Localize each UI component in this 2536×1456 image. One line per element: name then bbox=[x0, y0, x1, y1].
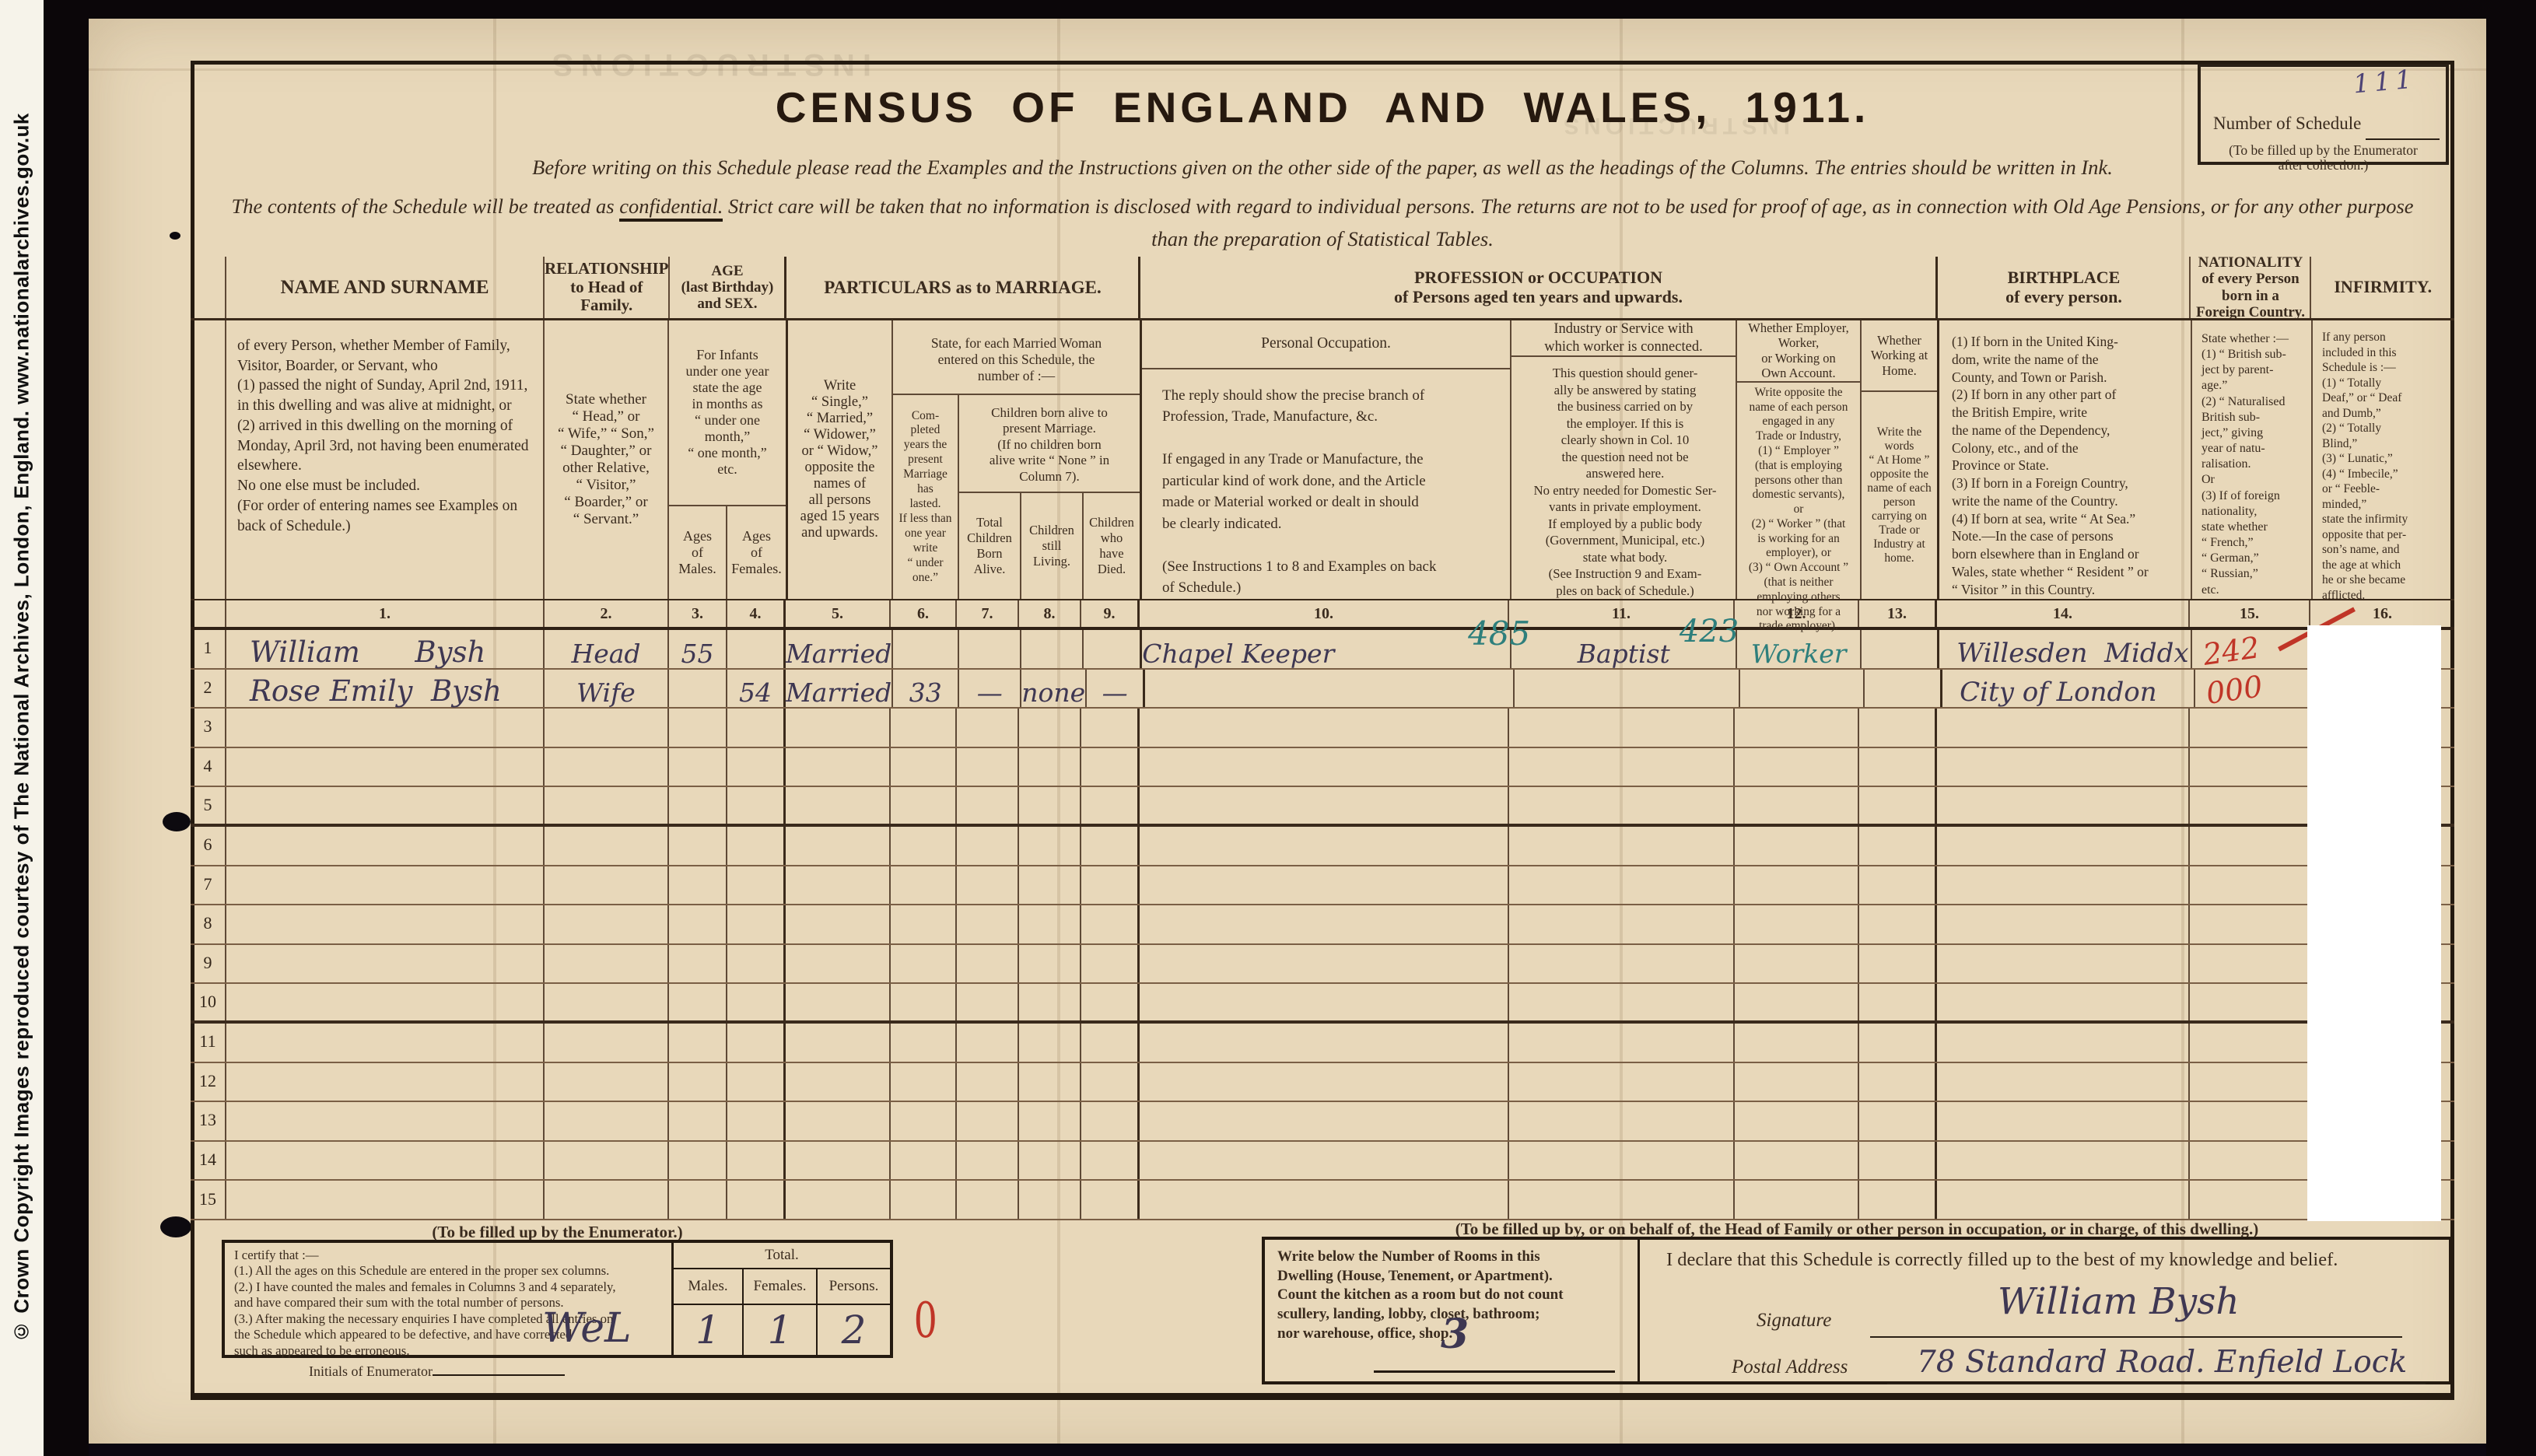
desc-industry: Industry or Service with which worker is… bbox=[1511, 320, 1737, 599]
cell-mark bbox=[2190, 984, 2310, 1020]
cell-emp bbox=[1735, 1102, 1859, 1140]
red-check-mark: 0 bbox=[914, 1293, 937, 1349]
cell-rel bbox=[545, 984, 669, 1020]
page-title: CENSUS OF ENGLAND AND WALES, 1911. bbox=[191, 82, 2454, 132]
totals-col-females: Females. bbox=[744, 1269, 818, 1304]
cell-birth: City of London bbox=[1942, 670, 2195, 708]
postal-address-line bbox=[1887, 1383, 2426, 1384]
desc-nationality: State whether :— (1) “ British sub- ject… bbox=[2192, 320, 2313, 599]
cell-ind bbox=[1509, 787, 1735, 824]
cell-name bbox=[226, 1102, 545, 1140]
cell-born bbox=[957, 709, 1019, 747]
cell-died bbox=[1081, 1063, 1140, 1101]
header-col-profession: PROFESSION or OCCUPATION of Persons aged… bbox=[1140, 257, 1938, 318]
initials-label: Initials of Enumerator bbox=[309, 1363, 433, 1379]
cell-died: — bbox=[1087, 670, 1145, 708]
cell-birth bbox=[1937, 748, 2190, 786]
cell-num: 13 bbox=[191, 1102, 226, 1140]
cell-age_f bbox=[727, 827, 786, 865]
column-number: 14. bbox=[1937, 600, 2190, 627]
cell-age_f: 54 bbox=[727, 670, 786, 708]
cell-birth bbox=[1937, 1181, 2190, 1219]
cell-num: 14 bbox=[191, 1142, 226, 1180]
cell-num: 10 bbox=[191, 984, 226, 1020]
cell-living bbox=[1019, 709, 1081, 747]
cell-occ bbox=[1140, 984, 1509, 1020]
cell-occ bbox=[1140, 1102, 1509, 1140]
cell-living bbox=[1019, 1102, 1081, 1140]
column-number: 15. bbox=[2190, 600, 2310, 627]
cell-mar: Married bbox=[786, 670, 893, 708]
cell-mar bbox=[786, 905, 891, 943]
instruction-line-3: than the preparation of Statistical Tabl… bbox=[191, 227, 2454, 251]
cell-living: none bbox=[1021, 670, 1087, 708]
cell-age_m bbox=[669, 827, 727, 865]
desc-infirmity: If any person included in this Schedule … bbox=[2313, 320, 2454, 599]
desc-married-woman: State, for each Married Woman entered on… bbox=[893, 320, 1140, 395]
cell-died bbox=[1081, 866, 1140, 905]
cell-name: Rose Emily Bysh bbox=[226, 670, 545, 708]
cell-home bbox=[1859, 827, 1937, 865]
cell-age_m bbox=[669, 1102, 727, 1140]
cell-living bbox=[1019, 866, 1081, 905]
cell-age_m bbox=[669, 1063, 727, 1101]
cell-died bbox=[1081, 984, 1140, 1020]
desc-home-label: Whether Working at Home. bbox=[1862, 320, 1937, 392]
cell-occ bbox=[1140, 1142, 1509, 1180]
cell-emp bbox=[1735, 1142, 1859, 1180]
cell-born bbox=[957, 1181, 1019, 1219]
cell-mar bbox=[786, 984, 891, 1020]
initials-row: Initials of Enumerator bbox=[309, 1363, 664, 1381]
cell-mar bbox=[786, 1024, 891, 1062]
cell-living bbox=[1019, 905, 1081, 943]
cell-age_f bbox=[727, 709, 786, 747]
cell-mark bbox=[2190, 1024, 2310, 1062]
cell-ind bbox=[1509, 1102, 1735, 1140]
cell-rel bbox=[545, 1063, 669, 1101]
cell-born bbox=[957, 984, 1019, 1020]
cell-years bbox=[891, 787, 957, 824]
cell-num: 7 bbox=[191, 866, 226, 905]
cell-ind bbox=[1509, 866, 1735, 905]
desc-home-body: Write the words “ At Home ” opposite the… bbox=[1862, 392, 1937, 599]
cell-num: 4 bbox=[191, 748, 226, 786]
cell-occ bbox=[1140, 709, 1509, 747]
desc-rownum-spacer bbox=[191, 320, 226, 599]
cell-name bbox=[226, 709, 545, 747]
cell-emp bbox=[1735, 748, 1859, 786]
desc-relationship: State whether “ Head,” or “ Wife,” “ Son… bbox=[545, 320, 669, 599]
cell-age_m bbox=[669, 709, 727, 747]
cell-died bbox=[1081, 787, 1140, 824]
column-number: 5. bbox=[786, 600, 891, 627]
cell-name bbox=[226, 1181, 545, 1219]
cell-emp bbox=[1735, 866, 1859, 905]
cell-birth bbox=[1937, 827, 2190, 865]
cell-home bbox=[1859, 1063, 1937, 1101]
cell-occ bbox=[1140, 905, 1509, 943]
cell-birth bbox=[1937, 984, 2190, 1020]
cell-birth: Willesden Middx bbox=[1939, 630, 2192, 668]
rooms-instruction: Write below the Number of Rooms in this … bbox=[1265, 1240, 1640, 1381]
cell-age_f bbox=[727, 984, 786, 1020]
cell-home bbox=[1859, 1024, 1937, 1062]
copyright-text: © Crown Copyright Images reproduced cour… bbox=[10, 113, 34, 1343]
cell-emp bbox=[1735, 1181, 1859, 1219]
header-rownum-spacer bbox=[191, 257, 226, 318]
cell-rel: Wife bbox=[545, 670, 669, 708]
cell-emp bbox=[1735, 1024, 1859, 1062]
cell-age_f bbox=[727, 1063, 786, 1101]
cell-home bbox=[1859, 787, 1937, 824]
column-number: 3. bbox=[669, 600, 727, 627]
cell-ind bbox=[1509, 1181, 1735, 1219]
instruction-line-1: Before writing on this Schedule please r… bbox=[191, 156, 2454, 180]
cell-ind: Baptist423 bbox=[1511, 630, 1737, 668]
header-col-relationship: RELATIONSHIP to Head of Family. bbox=[545, 257, 670, 318]
cell-mar bbox=[786, 1063, 891, 1101]
table-rows: 1William ByshHead55MarriedChapel Keeper4… bbox=[191, 630, 2454, 1220]
cell-age_m bbox=[669, 787, 727, 824]
cell-occ bbox=[1140, 1181, 1509, 1219]
cell-mar bbox=[786, 866, 891, 905]
cell-occ bbox=[1140, 945, 1509, 983]
cell-age_m bbox=[669, 748, 727, 786]
column-number: 8. bbox=[1019, 600, 1081, 627]
column-number: 12. bbox=[1735, 600, 1859, 627]
column-number: 13. bbox=[1859, 600, 1937, 627]
header-col-birthplace: BIRTHPLACE of every person. bbox=[1938, 257, 2191, 318]
cell-occ bbox=[1140, 866, 1509, 905]
cell-num: 11 bbox=[191, 1024, 226, 1062]
cell-name: William Bysh bbox=[226, 630, 545, 668]
cell-name bbox=[226, 905, 545, 943]
paper-bottom-edge bbox=[89, 1444, 2486, 1456]
table-row: 4 bbox=[191, 748, 2454, 788]
table-header-groups: NAME AND SURNAME RELATIONSHIP to Head of… bbox=[191, 257, 2454, 320]
initials-line bbox=[433, 1374, 565, 1376]
cell-born bbox=[957, 1063, 1019, 1101]
cell-rel bbox=[545, 905, 669, 943]
cell-died bbox=[1081, 1181, 1140, 1219]
cell-home bbox=[1859, 709, 1937, 747]
table-row: 14 bbox=[191, 1142, 2454, 1181]
cell-ind bbox=[1509, 1024, 1735, 1062]
cell-mar bbox=[786, 1102, 891, 1140]
cell-died bbox=[1081, 1142, 1140, 1180]
cell-age_f bbox=[727, 787, 786, 824]
cell-age_m bbox=[669, 866, 727, 905]
cell-name bbox=[226, 984, 545, 1020]
column-number: 4. bbox=[727, 600, 786, 627]
cell-mark bbox=[2190, 787, 2310, 824]
cell-age_f bbox=[727, 1181, 786, 1219]
cell-birth bbox=[1937, 1142, 2190, 1180]
cell-born bbox=[959, 630, 1021, 668]
punch-hole bbox=[170, 232, 180, 240]
cell-mark: 000 bbox=[2195, 670, 2316, 708]
cell-rel bbox=[545, 1181, 669, 1219]
cell-ind bbox=[1509, 748, 1735, 786]
cell-mar bbox=[786, 1181, 891, 1219]
rooms-line bbox=[1374, 1370, 1615, 1373]
coder-mark: 423 bbox=[1680, 616, 1739, 647]
cell-living bbox=[1019, 1142, 1081, 1180]
cell-rel bbox=[545, 1142, 669, 1180]
table-row: 15 bbox=[191, 1181, 2454, 1220]
schedule-number-line bbox=[2366, 138, 2440, 140]
cell-rel bbox=[545, 748, 669, 786]
desc-employer-label: Whether Employer, Worker, or Working on … bbox=[1737, 320, 1860, 383]
cell-birth bbox=[1937, 866, 2190, 905]
cell-years bbox=[891, 945, 957, 983]
cell-ind bbox=[1509, 827, 1735, 865]
cell-age_f bbox=[727, 905, 786, 943]
cell-living bbox=[1019, 787, 1081, 824]
cell-name bbox=[226, 1063, 545, 1101]
cell-living bbox=[1019, 1181, 1081, 1219]
cell-home bbox=[1859, 1142, 1937, 1180]
cell-occ bbox=[1140, 1063, 1509, 1101]
cell-rel bbox=[545, 945, 669, 983]
cell-rel: Head bbox=[545, 630, 669, 668]
punch-hole bbox=[163, 812, 191, 831]
declaration-text: I declare that this Schedule is correctl… bbox=[1666, 1249, 2449, 1271]
cell-age_f bbox=[727, 1102, 786, 1140]
cell-home bbox=[1859, 945, 1937, 983]
cell-age_m bbox=[669, 905, 727, 943]
cell-birth bbox=[1937, 1102, 2190, 1140]
cell-home bbox=[1862, 630, 1939, 668]
cell-emp bbox=[1735, 984, 1859, 1020]
table-row: 9 bbox=[191, 945, 2454, 985]
cell-age_f bbox=[727, 630, 786, 668]
cell-living bbox=[1019, 984, 1081, 1020]
copyright-strip: © Crown Copyright Images reproduced cour… bbox=[0, 0, 44, 1456]
cell-birth bbox=[1937, 1063, 2190, 1101]
desc-occupation-label: Personal Occupation. bbox=[1142, 320, 1510, 369]
redaction-patch bbox=[2307, 625, 2441, 1221]
census-1911-scan: { "page": { "copyright": "© Crown Copyri… bbox=[0, 0, 2536, 1456]
cell-age_f bbox=[727, 1142, 786, 1180]
table-row: 8 bbox=[191, 905, 2454, 945]
cell-mar bbox=[786, 945, 891, 983]
cell-died bbox=[1081, 905, 1140, 943]
cell-age_m bbox=[669, 670, 727, 708]
cell-mark bbox=[2190, 827, 2310, 865]
cell-birth bbox=[1937, 709, 2190, 747]
cell-home bbox=[1859, 905, 1937, 943]
cell-emp bbox=[1735, 1063, 1859, 1101]
cell-birth bbox=[1937, 1024, 2190, 1062]
cell-mar bbox=[786, 748, 891, 786]
declaration-area: I declare that this Schedule is correctl… bbox=[1640, 1240, 2449, 1381]
cell-num: 1 bbox=[191, 630, 226, 668]
cell-living bbox=[1019, 827, 1081, 865]
desc-occupation: Personal Occupation. The reply should sh… bbox=[1142, 320, 1511, 599]
column-number: 1. bbox=[226, 600, 545, 627]
cell-age_m bbox=[669, 984, 727, 1020]
instruction-conf-post: Strict care will be taken that no inform… bbox=[723, 194, 2413, 218]
cell-rel bbox=[545, 709, 669, 747]
cell-name bbox=[226, 1024, 545, 1062]
cell-born bbox=[957, 1102, 1019, 1140]
cell-ind bbox=[1515, 670, 1740, 708]
cell-age_m bbox=[669, 1024, 727, 1062]
desc-ages-females: Ages of Females. bbox=[727, 506, 786, 599]
signature-value: William Bysh bbox=[1998, 1283, 2240, 1320]
desc-employer-body: Write opposite the name of each person e… bbox=[1737, 383, 1860, 634]
cell-born bbox=[957, 827, 1019, 865]
table-header-descriptions: of every Person, whether Member of Famil… bbox=[191, 320, 2454, 599]
colnum-spacer bbox=[191, 600, 226, 627]
cell-num: 3 bbox=[191, 709, 226, 747]
cell-mar bbox=[786, 1142, 891, 1180]
cell-mar bbox=[786, 827, 891, 865]
cell-mark bbox=[2190, 709, 2310, 747]
cell-ind bbox=[1509, 709, 1735, 747]
cell-mar bbox=[786, 787, 891, 824]
column-number: 6. bbox=[891, 600, 957, 627]
cell-died bbox=[1081, 1102, 1140, 1140]
cell-num: 8 bbox=[191, 905, 226, 943]
cell-mark bbox=[2190, 905, 2310, 943]
certify-intro: I certify that :— bbox=[234, 1248, 664, 1263]
head-of-family-box: Write below the Number of Rooms in this … bbox=[1262, 1237, 2452, 1384]
desc-birthplace: (1) If born in the United King- dom, wri… bbox=[1939, 320, 2192, 599]
cell-born bbox=[957, 748, 1019, 786]
cell-birth bbox=[1937, 945, 2190, 983]
cell-name bbox=[226, 866, 545, 905]
postal-address-label: Postal Address bbox=[1732, 1356, 1848, 1378]
rooms-value: 3 bbox=[1441, 1314, 1469, 1355]
header-col-nationality: NATIONALITY of every Person born in a Fo… bbox=[2191, 257, 2311, 318]
cell-name bbox=[226, 827, 545, 865]
header-col-marriage: PARTICULARS as to MARRIAGE. bbox=[786, 257, 1140, 318]
instruction-line-2: The contents of the Schedule will be tre… bbox=[191, 194, 2454, 219]
signature-line bbox=[1870, 1336, 2402, 1338]
cell-born bbox=[957, 945, 1019, 983]
cell-num: 2 bbox=[191, 670, 226, 708]
cell-ind bbox=[1509, 905, 1735, 943]
cell-name bbox=[226, 945, 545, 983]
cell-home bbox=[1859, 1181, 1937, 1219]
cell-mark bbox=[2190, 1181, 2310, 1219]
cell-born: — bbox=[959, 670, 1021, 708]
cell-age_m bbox=[669, 1142, 727, 1180]
desc-children-born: Total Children Born Alive. bbox=[959, 493, 1021, 599]
totals-col-males: Males. bbox=[674, 1269, 744, 1304]
cell-years bbox=[891, 1142, 957, 1180]
desc-employer: Whether Employer, Worker, or Working on … bbox=[1737, 320, 1862, 599]
cell-mark bbox=[2190, 945, 2310, 983]
cell-years bbox=[891, 905, 957, 943]
cell-num: 9 bbox=[191, 945, 226, 983]
cell-ind bbox=[1509, 1142, 1735, 1180]
signature-label: Signature bbox=[1757, 1310, 1831, 1332]
table-row: 1William ByshHead55MarriedChapel Keeper4… bbox=[191, 630, 2454, 670]
cell-living bbox=[1019, 1063, 1081, 1101]
cell-age_m bbox=[669, 1181, 727, 1219]
cell-mark bbox=[2190, 1102, 2310, 1140]
column-number: 2. bbox=[545, 600, 669, 627]
cell-years bbox=[891, 827, 957, 865]
cell-emp bbox=[1735, 709, 1859, 747]
cell-mark: 242 bbox=[2192, 630, 2313, 668]
cell-ind bbox=[1509, 1063, 1735, 1101]
cell-mar: Married bbox=[786, 630, 893, 668]
desc-industry-body: This question should gener- ally be answ… bbox=[1511, 357, 1736, 599]
cell-rel bbox=[545, 1024, 669, 1062]
cell-years bbox=[891, 748, 957, 786]
cell-occ bbox=[1145, 670, 1515, 708]
cell-living bbox=[1019, 1024, 1081, 1062]
cell-emp bbox=[1735, 945, 1859, 983]
cell-living bbox=[1019, 945, 1081, 983]
cell-num: 15 bbox=[191, 1181, 226, 1219]
cell-home bbox=[1859, 984, 1937, 1020]
table-row: 11 bbox=[191, 1024, 2454, 1063]
cell-occ: Chapel Keeper485 bbox=[1142, 630, 1511, 668]
total-males-value: 1 bbox=[695, 1311, 720, 1349]
cell-birth bbox=[1937, 787, 2190, 824]
totals-table: Total. Males. Females. Persons. 1 1 2 bbox=[671, 1243, 890, 1355]
enumerator-initials-value: WeL bbox=[542, 1308, 632, 1349]
header-col-name: NAME AND SURNAME bbox=[226, 257, 545, 318]
header-col-age: AGE (last Birthday) and SEX. bbox=[670, 257, 786, 318]
census-table: NAME AND SURNAME RELATIONSHIP to Head of… bbox=[191, 257, 2454, 1220]
rooms-text: Write below the Number of Rooms in this … bbox=[1277, 1248, 1564, 1342]
cell-mark bbox=[2190, 866, 2310, 905]
cell-birth bbox=[1937, 905, 2190, 943]
cell-age_f bbox=[727, 1024, 786, 1062]
table-row: 7 bbox=[191, 866, 2454, 906]
cell-years bbox=[891, 866, 957, 905]
cell-emp bbox=[1735, 905, 1859, 943]
cell-mar bbox=[786, 709, 891, 747]
cell-born bbox=[957, 866, 1019, 905]
desc-completed-years: Com- pleted years the present Marriage h… bbox=[893, 395, 959, 599]
column-number: 7. bbox=[957, 600, 1019, 627]
desc-children-living: Children still Living. bbox=[1021, 493, 1084, 599]
cell-age_f bbox=[727, 945, 786, 983]
punch-hole bbox=[160, 1216, 191, 1237]
cell-age_f bbox=[727, 866, 786, 905]
cell-num: 6 bbox=[191, 827, 226, 865]
cell-born bbox=[957, 787, 1019, 824]
certify-item-1: (1.) All the ages on this Schedule are e… bbox=[234, 1263, 664, 1279]
table-column-numbers: 1.2.3.4.5.6.7.8.9.10.11.12.13.14.15.16. bbox=[191, 599, 2454, 630]
schedule-number-value: 111 bbox=[2352, 66, 2418, 97]
column-number: 10. bbox=[1140, 600, 1509, 627]
desc-age-infants: For Infants under one year state the age… bbox=[669, 320, 786, 505]
cell-home bbox=[1859, 1102, 1937, 1140]
cell-rel bbox=[545, 866, 669, 905]
instruction-conf-pre: The contents of the Schedule will be tre… bbox=[231, 194, 619, 218]
cell-rel bbox=[545, 787, 669, 824]
table-row: 10 bbox=[191, 984, 2454, 1024]
cell-died bbox=[1081, 827, 1140, 865]
table-row: 13 bbox=[191, 1102, 2454, 1142]
cell-occ bbox=[1140, 787, 1509, 824]
cell-mark bbox=[2190, 1142, 2310, 1180]
cell-died bbox=[1081, 748, 1140, 786]
desc-occupation-body: The reply should show the precise branch… bbox=[1142, 369, 1510, 599]
cell-emp bbox=[1740, 670, 1865, 708]
desc-children-group: Children born alive to present Marriage.… bbox=[959, 395, 1140, 493]
cell-emp bbox=[1735, 827, 1859, 865]
